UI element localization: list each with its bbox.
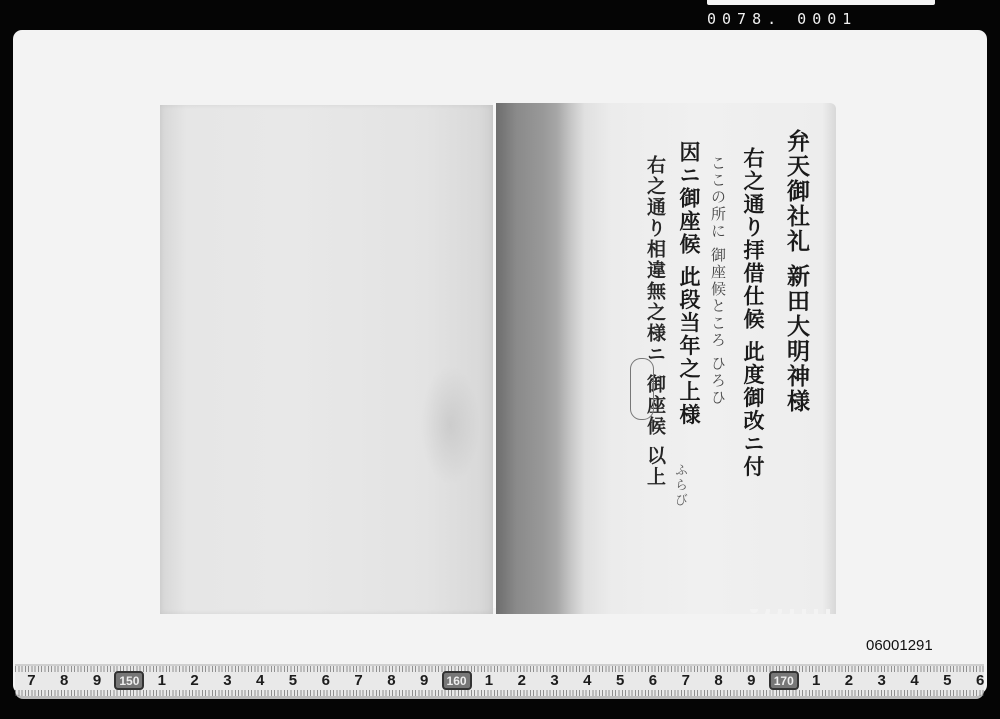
- ruler-tick: 1: [800, 671, 833, 691]
- manuscript-column-4: 因ニ御座候 此段当年之上様: [674, 141, 704, 426]
- ruler-major-tick: 150: [114, 671, 144, 690]
- ruler-tick: 4: [244, 671, 277, 691]
- manuscript-column-1: 弁天御社礼 新田大明神様: [780, 129, 813, 414]
- top-film-strip: [707, 0, 935, 5]
- ruler-tick: 5: [931, 671, 964, 691]
- ruler-tick: 6: [964, 671, 997, 691]
- measurement-ruler: 7891501234567891601234567891701234567891…: [15, 664, 984, 699]
- ruler-tick: 5: [277, 671, 310, 691]
- manuscript-column-3: ここの所に 御座候ところ ひろひ: [708, 155, 729, 407]
- ruler-tick: 2: [505, 671, 538, 691]
- circled-seal-mark: [630, 358, 654, 420]
- ruler-tick: 3: [538, 671, 571, 691]
- ruler-tick: 9: [408, 671, 441, 691]
- reel-frame-number: 0078. 0001: [707, 9, 857, 29]
- ruler-tick: 1: [473, 671, 506, 691]
- ruler-tick: 3: [211, 671, 244, 691]
- ruler-major-tick: 170: [769, 671, 799, 690]
- ruler-tick: 4: [898, 671, 931, 691]
- ruler-tick: 8: [375, 671, 408, 691]
- ruler-tick-labels: 7891501234567891601234567891701234567891…: [15, 671, 1000, 691]
- ruler-tick: 4: [571, 671, 604, 691]
- ruler-tick: 7: [15, 671, 48, 691]
- ruler-tick: 8: [702, 671, 735, 691]
- ruler-major-tick: 160: [442, 671, 472, 690]
- ruler-tick: 2: [178, 671, 211, 691]
- ruler-tick: 6: [637, 671, 670, 691]
- ruler-tick: 6: [309, 671, 342, 691]
- ruler-tick: 7: [342, 671, 375, 691]
- ruler-tick: 2: [833, 671, 866, 691]
- ruler-tick: 8: [48, 671, 81, 691]
- ruler-tick: 5: [604, 671, 637, 691]
- marginal-note: ふらび: [670, 463, 689, 508]
- ruler-tick: 3: [865, 671, 898, 691]
- manuscript-column-2: 右之通り拝借仕候 此度御改ニ付: [738, 147, 768, 478]
- ruler-tick: 9: [81, 671, 114, 691]
- manuscript-column-5: 右之通り相違無之様ニ 御座候 以上: [642, 155, 669, 487]
- ruler-tick: 7: [669, 671, 702, 691]
- manuscript-spread: 弁天御社礼 新田大明神様 右之通り拝借仕候 此度御改ニ付 ここの所に 御座候とこ…: [160, 103, 836, 614]
- catalog-number: 06001291: [866, 637, 933, 654]
- left-blank-page: [160, 105, 493, 614]
- ruler-tick: 7: [997, 671, 1000, 691]
- ruler-tick: 9: [735, 671, 768, 691]
- ruler-tick: 1: [145, 671, 178, 691]
- torn-bottom-edge: [746, 609, 926, 617]
